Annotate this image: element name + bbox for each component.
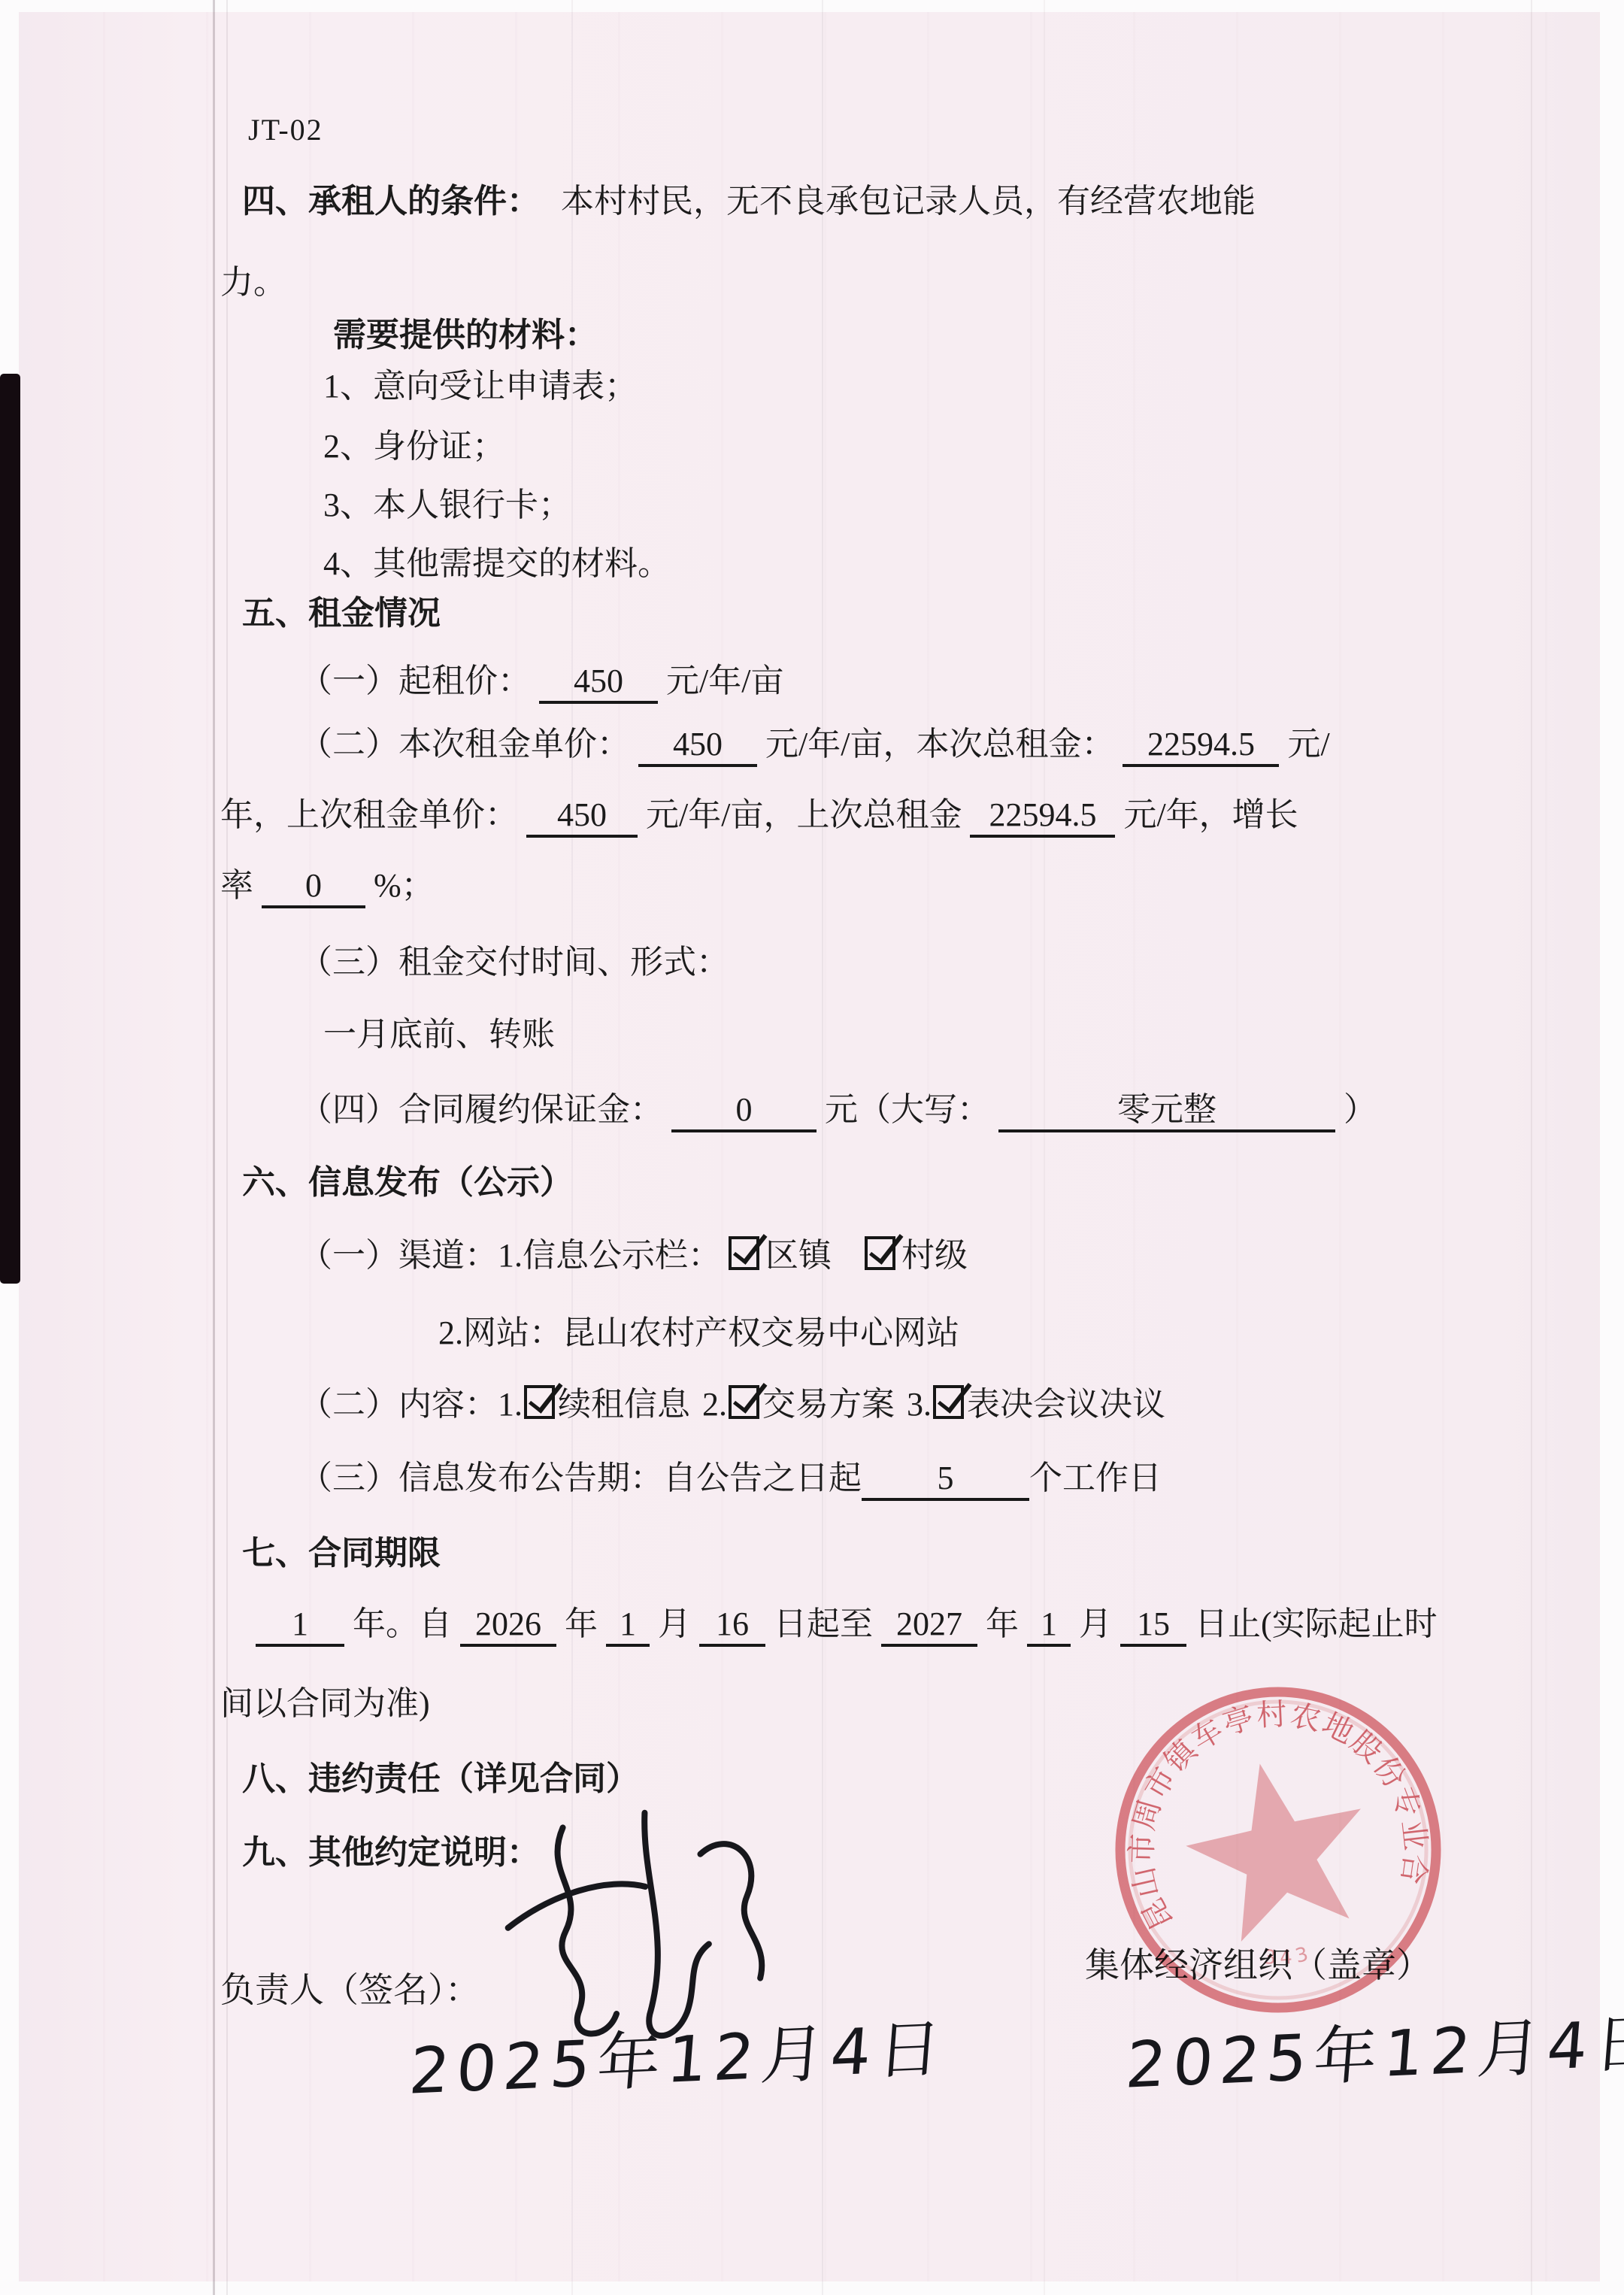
contract-term-line: 1 年。自 2026 年 1 月 16 日起至 2027 年 1 月 15 日止… — [256, 1603, 1438, 1647]
starting-price-value: 450 — [539, 663, 658, 704]
content-line: （二）内容：1.续租信息2.交易方案3.表决会议决议 — [299, 1384, 1165, 1425]
materials-item: 3、本人银行卡； — [323, 484, 571, 526]
channel-line: （一）渠道：1.信息公示栏：区镇村级 — [299, 1235, 968, 1276]
checkbox-checked-icon — [729, 1236, 759, 1270]
stamp-star-icon — [1172, 1745, 1383, 1949]
deposit-amount-words: 零元整 — [998, 1092, 1335, 1132]
content-item2: 交易方案 — [762, 1386, 895, 1423]
content-item2-no: 2. — [702, 1386, 727, 1423]
materials-item: 4、其他需提交的材料。 — [323, 543, 671, 584]
deposit-mid: 元（大写： — [825, 1091, 990, 1128]
checkbox-checked-icon — [933, 1385, 964, 1419]
growth-rate-lead: 率 — [220, 867, 253, 904]
channel-option-village: 村级 — [901, 1237, 968, 1274]
current-rent-mid: 元/年/亩，本次总租金： — [765, 726, 1114, 762]
deposit-label: （四）合同履约保证金： — [299, 1091, 663, 1128]
fold-crease-line — [822, 0, 823, 2295]
previous-rent-unit-price: 450 — [526, 797, 638, 838]
materials-item: 1、意向受让申请表； — [323, 365, 638, 407]
term-seg-c: 月 — [658, 1605, 691, 1642]
payment-line: （三）租金交付时间、形式： — [299, 941, 729, 983]
section-6-title: 六、信息发布（公示） — [242, 1162, 573, 1203]
form-code: JT-02 — [248, 111, 323, 149]
fold-crease-line — [226, 0, 228, 2295]
content-label: （二）内容： — [299, 1386, 498, 1423]
term-start-day: 16 — [699, 1606, 765, 1647]
fold-crease-line — [213, 0, 215, 2295]
materials-item: 2、身份证； — [323, 426, 505, 467]
term-start-year: 2026 — [460, 1606, 556, 1647]
section-4-title: 四、承租人的条件： — [242, 183, 540, 220]
term-end-month: 1 — [1027, 1606, 1071, 1647]
term-end-day: 15 — [1120, 1606, 1186, 1647]
current-rent-label: （二）本次租金单价： — [299, 726, 630, 762]
deposit-tail: ） — [1344, 1091, 1377, 1128]
section-5-title: 五、租金情况 — [242, 593, 441, 634]
scan-edge-shadow — [0, 374, 20, 1284]
checkbox-checked-icon — [524, 1385, 555, 1419]
scan-margin-right — [1600, 0, 1624, 2295]
channel-label: （一）渠道：1.信息公示栏： — [299, 1237, 721, 1274]
section-7-title: 七、合同期限 — [242, 1533, 441, 1574]
term-seg-g: 日止(实际起止时 — [1195, 1605, 1438, 1642]
section-4-line: 四、承租人的条件：本村村民，无不良承包记录人员，有经营农地能 — [242, 180, 1256, 222]
content-item1-no: 1. — [498, 1386, 523, 1423]
deposit-value: 0 — [671, 1092, 817, 1132]
section-4-continued: 力。 — [220, 262, 286, 303]
notice-period-line: （三）信息发布公告期：自公告之日起5个工作日 — [299, 1457, 1162, 1501]
term-end-year: 2027 — [881, 1606, 977, 1647]
scanned-page: JT-02 四、承租人的条件：本村村民，无不良承包记录人员，有经营农地能 力。 … — [0, 0, 1624, 2295]
current-rent-unit-price: 450 — [638, 726, 757, 767]
payment-value: 一月底前、转账 — [323, 1014, 555, 1055]
checkbox-checked-icon — [865, 1236, 895, 1270]
handwritten-signature — [450, 1785, 821, 2069]
scan-margin-bottom — [0, 2281, 1624, 2295]
sign-label: 负责人（签名）： — [220, 1969, 480, 2012]
previous-rent-mid: 元/年/亩，上次总租金 — [646, 796, 962, 833]
growth-rate-value: 0 — [262, 868, 365, 908]
materials-title: 需要提供的材料： — [333, 314, 598, 356]
website-label: 2.网站： — [438, 1314, 562, 1351]
starting-price-label: （一）起租价： — [299, 662, 531, 699]
term-seg-a: 年。自 — [353, 1605, 452, 1642]
current-rent-total: 22594.5 — [1123, 726, 1279, 767]
growth-rate-line: 率 0 %； — [220, 865, 435, 908]
notice-period-tail: 个工作日 — [1029, 1460, 1162, 1496]
content-item3-no: 3. — [907, 1386, 932, 1423]
section-4-body: 本村村民，无不良承包记录人员，有经营农地能 — [561, 183, 1256, 220]
content-item1: 续租信息 — [558, 1386, 690, 1423]
section-8-title: 八、违约责任（详见合同） — [242, 1758, 639, 1799]
channel-option-district: 区镇 — [765, 1237, 832, 1274]
previous-rent-line: 年，上次租金单价： 450 元/年/亩，上次总租金 22594.5 元/年，增长 — [220, 794, 1298, 838]
website-line: 2.网站：昆山农村产权交易中心网站 — [438, 1312, 959, 1354]
previous-rent-lead: 年，上次租金单价： — [220, 796, 518, 833]
checkbox-checked-icon — [729, 1385, 759, 1419]
current-rent-line: （二）本次租金单价： 450 元/年/亩，本次总租金： 22594.5 元/ — [299, 723, 1330, 767]
fold-crease-line — [1531, 0, 1532, 2295]
starting-price-line: （一）起租价： 450 元/年/亩 — [299, 660, 783, 704]
fold-crease-line — [1044, 0, 1045, 2295]
contract-term-continued: 间以合同为准) — [220, 1683, 430, 1724]
notice-period-label: （三）信息发布公告期：自公告之日起 — [299, 1460, 862, 1496]
notice-period-value: 5 — [862, 1460, 1029, 1501]
website-value: 昆山农村产权交易中心网站 — [562, 1314, 959, 1351]
term-seg-e: 年 — [986, 1605, 1019, 1642]
stamp-code: 343 — [1259, 1936, 1315, 1975]
term-seg-f: 月 — [1079, 1605, 1112, 1642]
growth-rate-tail: %； — [374, 867, 435, 904]
scan-margin-top — [0, 0, 1624, 12]
deposit-line: （四）合同履约保证金： 0 元（大写： 零元整 ） — [299, 1089, 1377, 1132]
previous-rent-tail: 元/年，增长 — [1123, 796, 1298, 833]
content-item3: 表决会议决议 — [967, 1386, 1165, 1423]
official-stamp: 昆山市周市镇车亭村农地股份专业合作社 343 — [1083, 1654, 1474, 2045]
term-start-month: 1 — [606, 1606, 650, 1647]
starting-price-unit: 元/年/亩 — [666, 662, 783, 699]
term-seg-d: 日起至 — [774, 1605, 873, 1642]
current-rent-tail: 元/ — [1287, 726, 1329, 762]
previous-rent-total: 22594.5 — [970, 797, 1115, 838]
term-seg-b: 年 — [565, 1605, 598, 1642]
term-years: 1 — [256, 1606, 344, 1647]
